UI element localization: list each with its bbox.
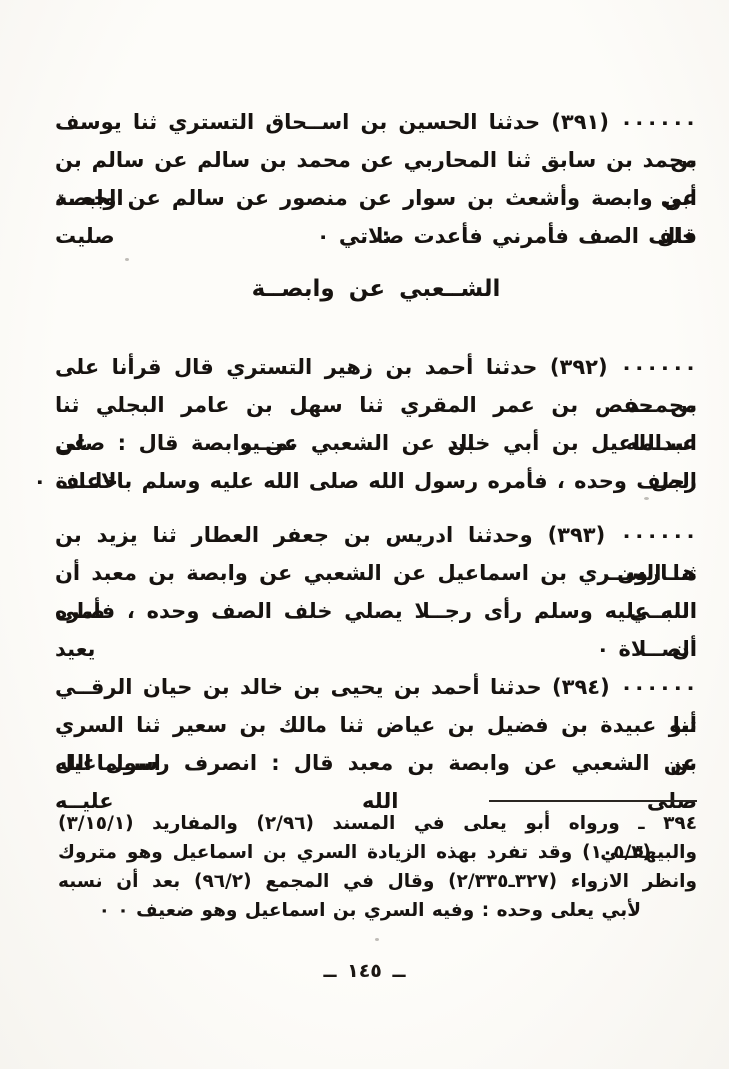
- text-line: ٠٠٠٠٠٠ (٣٩٣) وحدثنا ادريس بن جعفر العطار…: [55, 516, 697, 554]
- text-line: عن وابصة وأشعث بن سوار عن منصور عن سالم …: [55, 179, 697, 217]
- text-line: عن الشعبي عن وابصة بن معبد قال : انصرف ر…: [55, 744, 697, 782]
- text-line: ٠٠٠٠٠٠ (٣٩٢) حدثنا أحمد بن زهير التستري …: [55, 348, 697, 386]
- text-line: أبو عبيدة بن فضيل بن عياض ثنا مالك بن سع…: [55, 706, 697, 744]
- footnote-line: ٣٩٤ ـ ورواه أبو يعلى في المسند (٢/٩٦) وا…: [58, 809, 697, 838]
- page-number: ــ ١٤٥ ــ: [0, 960, 729, 982]
- hadith-paragraph-393: ٠٠٠٠٠٠ (٣٩٣) وحدثنا ادريس بن جعفر العطار…: [55, 516, 697, 668]
- text-line: اســماعيل بن أبي خالد عن الشعبي عن وابصة…: [55, 424, 697, 462]
- footnote-line: وانظر الازواء (٣٢٧ـ٢/٣٣٥) وقال في المجمع…: [58, 867, 697, 896]
- text-line: بن حفص بن عمر المقري ثنا سهل بن عامر الب…: [55, 386, 697, 424]
- hadith-paragraph-392: ٠٠٠٠٠٠ (٣٩٢) حدثنا أحمد بن زهير التستري …: [55, 348, 697, 500]
- footnote-separator: [489, 800, 697, 802]
- footnote-line: (١٠٥/٣) وقد تفرد بهذه الزيادة السري بن ا…: [58, 838, 651, 867]
- section-heading: الشــعبي عن وابصــة: [55, 272, 697, 306]
- hadith-paragraph-394: ٠٠٠٠٠٠ (٣٩٤) حدثنا أحمد بن يحيى بن خالد …: [55, 668, 697, 782]
- text-line: الصف وحده ، فأمره رسول الله صلى الله علي…: [55, 462, 697, 500]
- scan-speck: [125, 258, 129, 261]
- text-line: ٠٠٠٠٠٠ (٣٩١) حدثنا الحسين بن اســحاق الت…: [55, 103, 697, 141]
- text-line: الله عليه وسلم رأى رجــلا يصلي خلف الصف …: [55, 592, 697, 630]
- scan-speck: [644, 497, 649, 500]
- text-line: محمد بن سابق ثنا المحاربي عن محمد بن سال…: [55, 141, 697, 179]
- text-line: ٠٠٠٠٠٠ (٣٩٤) حدثنا أحمد بن يحيى بن خالد …: [55, 668, 697, 706]
- scanned-book-page: ٠٠٠٠٠٠ (٣٩١) حدثنا الحسين بن اســحاق الت…: [0, 0, 729, 1069]
- hadith-paragraph-391: ٠٠٠٠٠٠ (٣٩١) حدثنا الحسين بن اســحاق الت…: [55, 103, 697, 255]
- scan-speck: [375, 938, 379, 941]
- footnote-line: لأبي يعلى وحده : وفيه السري بن اسماعيل و…: [58, 896, 641, 925]
- text-line: ثنا الســري بن اسماعيل عن الشعبي عن وابص…: [55, 554, 697, 592]
- footnote-block: ٣٩٤ ـ ورواه أبو يعلى في المسند (٢/٩٦) وا…: [58, 809, 697, 925]
